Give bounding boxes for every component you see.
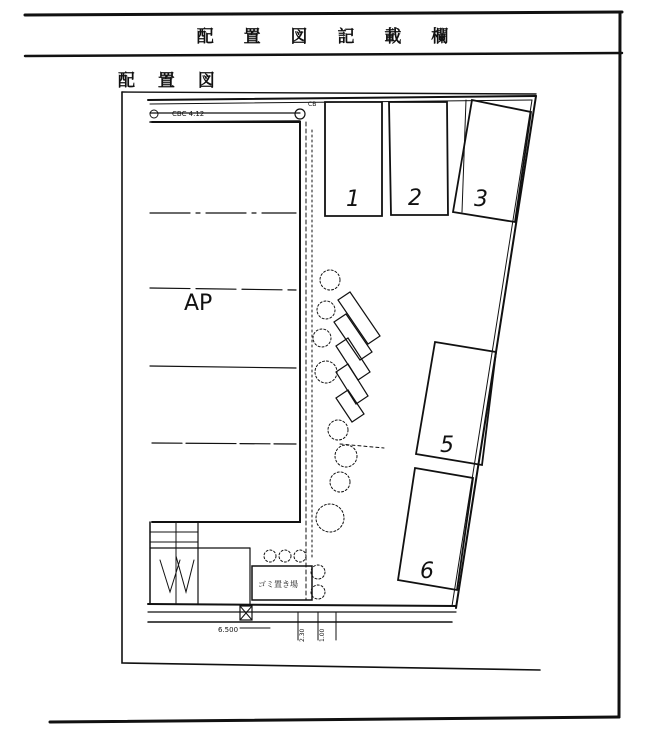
form-right-border xyxy=(619,12,620,717)
building-label: AP xyxy=(184,291,212,316)
corner-mark: CB xyxy=(308,101,316,108)
drawing-frame xyxy=(122,92,540,670)
parking-number-2: 2 xyxy=(408,186,422,211)
dimension-a: 2.30 xyxy=(299,628,306,642)
parking-number-3: 3 xyxy=(474,187,488,212)
parking-number-6: 6 xyxy=(420,559,434,584)
form-top-rule xyxy=(25,12,622,15)
parking-number-5: 5 xyxy=(440,433,454,458)
form-header-rule xyxy=(25,53,622,56)
parking-number-1: 1 xyxy=(346,187,360,212)
building-outline xyxy=(152,122,300,522)
top-dimension-note: CBC 4.12 xyxy=(172,110,204,118)
site-plan-drawing: AP 1 2 3 5 6 CBC 4.12 CB ゴミ置き場 6.500 2.3… xyxy=(0,0,645,731)
road-width-note: 6.500 xyxy=(218,626,238,634)
garbage-area-label: ゴミ置き場 xyxy=(258,579,298,589)
dimension-b: 1.00 xyxy=(319,628,326,642)
form-bottom-rule xyxy=(50,717,619,722)
